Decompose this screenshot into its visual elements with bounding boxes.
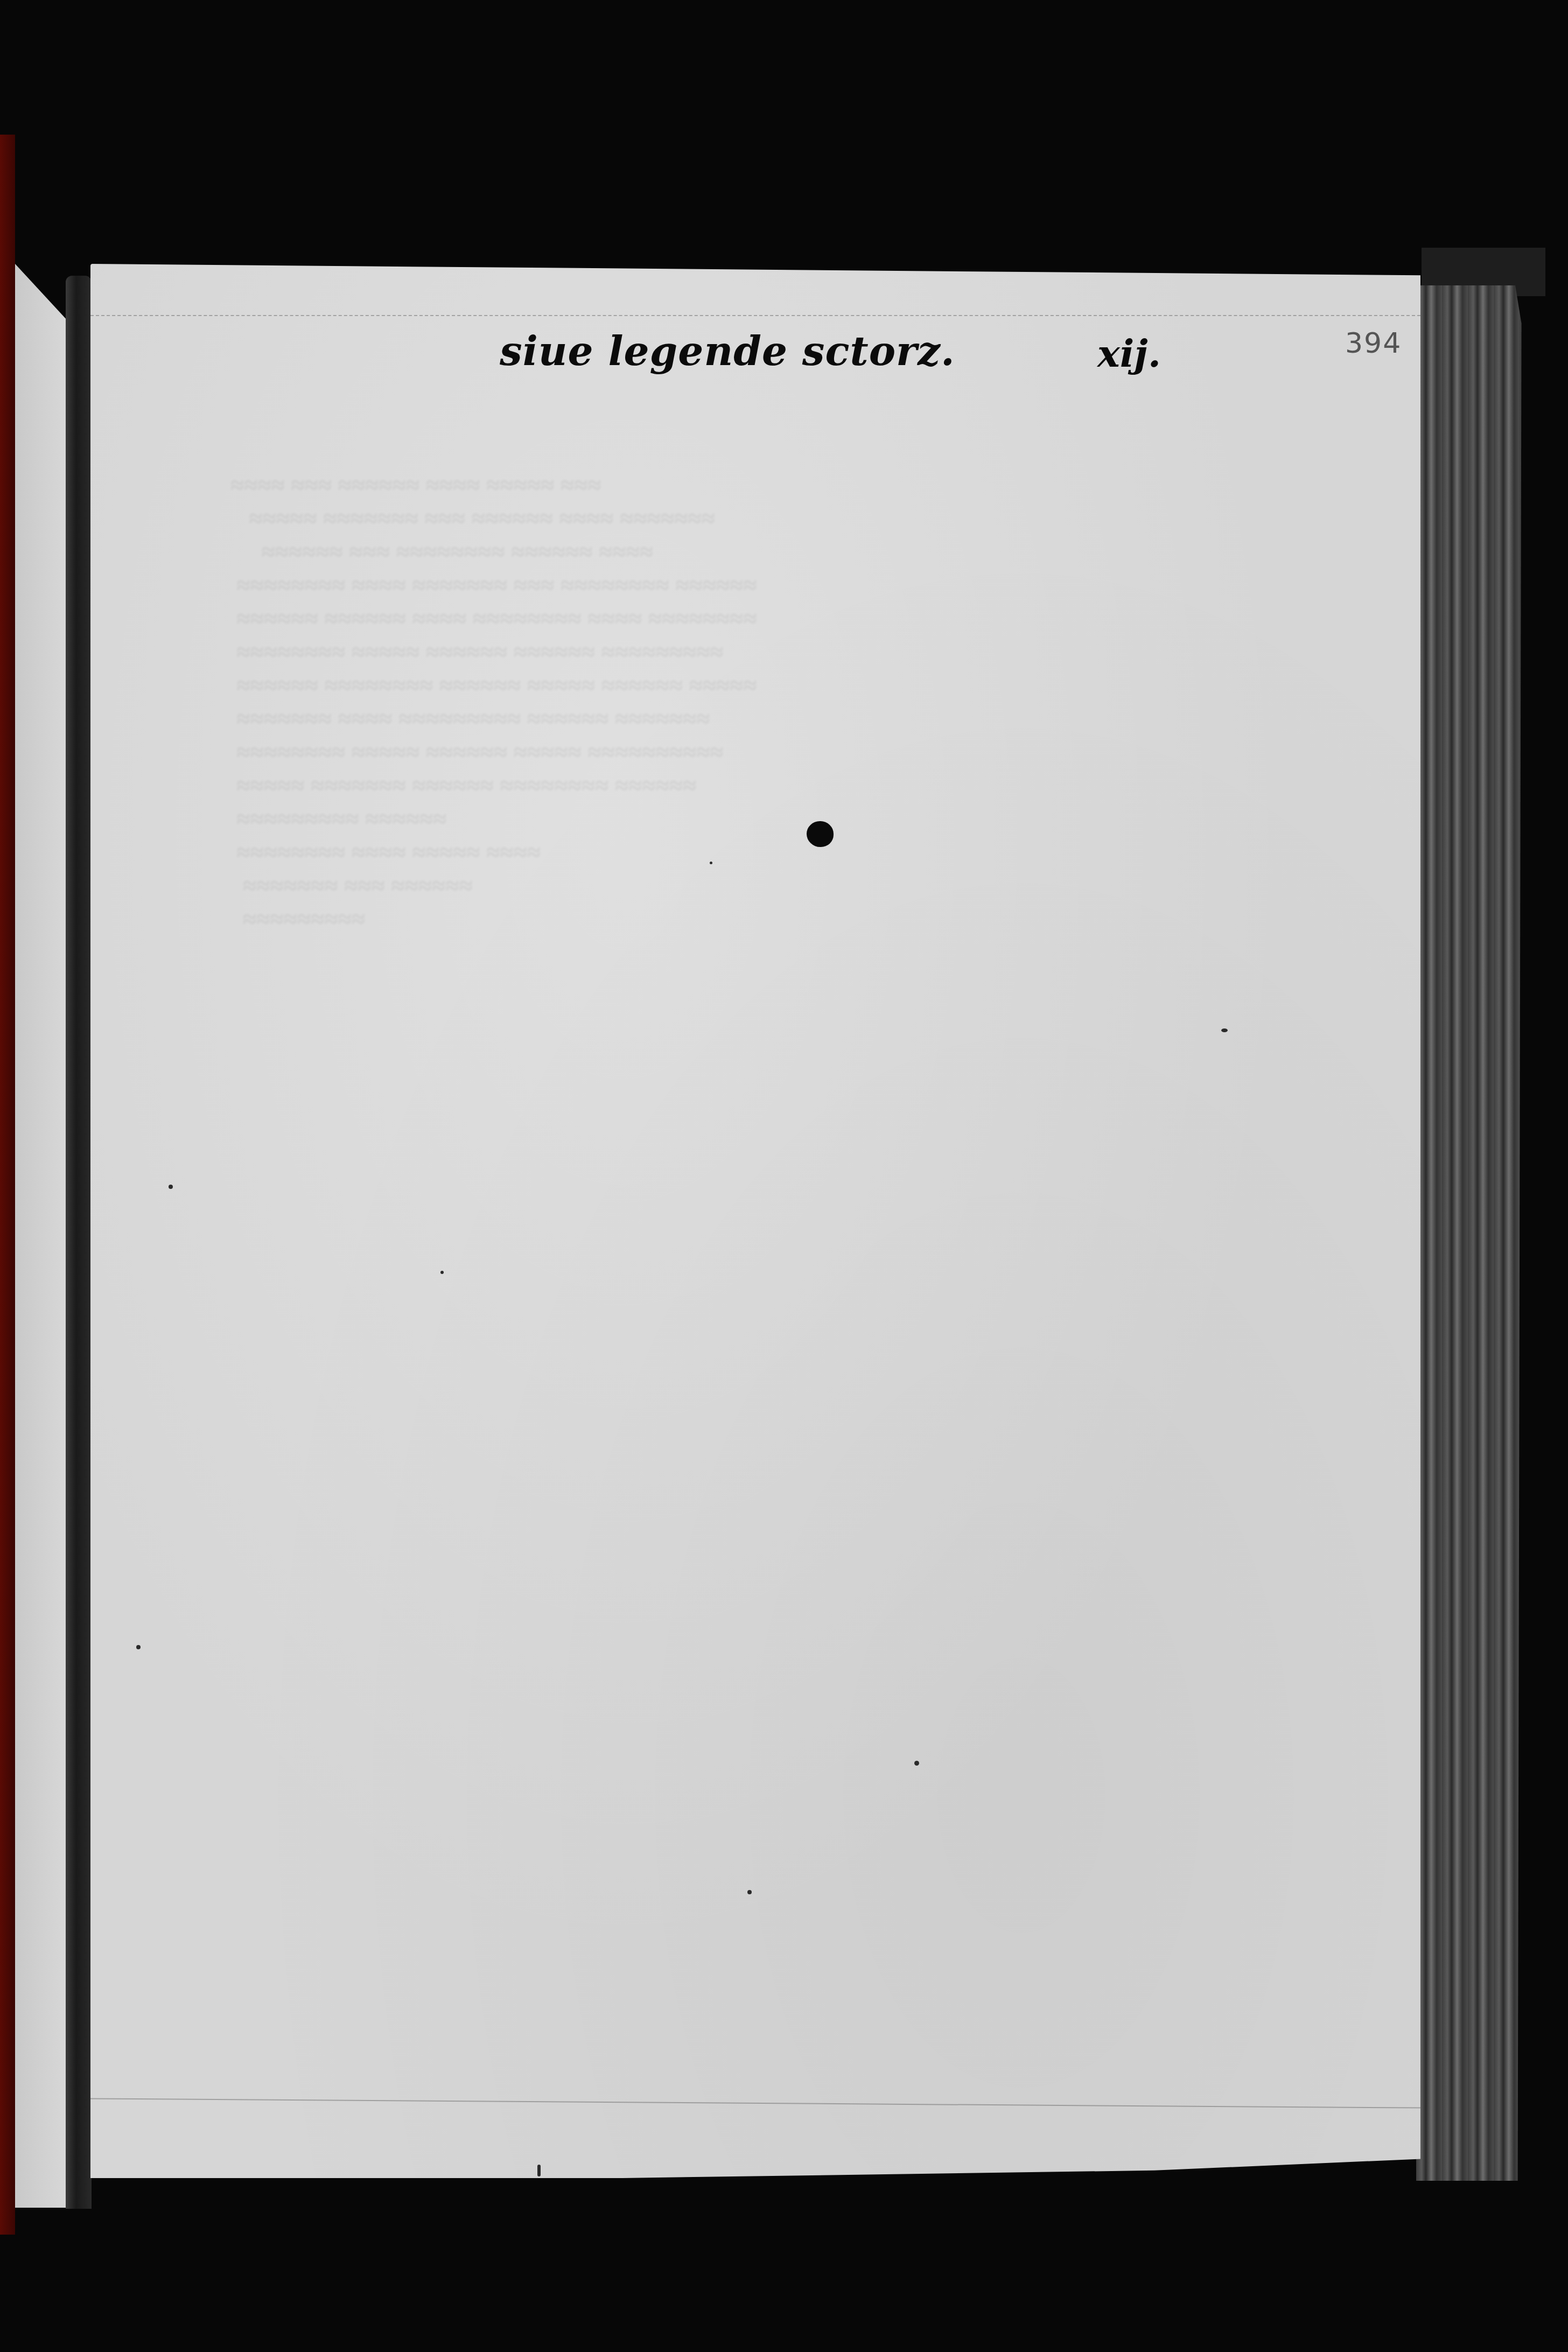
paper-speck bbox=[710, 862, 712, 864]
running-title: siue legende sctorz. bbox=[500, 328, 955, 375]
pencil-page-number: 394 bbox=[1345, 327, 1402, 360]
paper-speck bbox=[747, 1890, 752, 1894]
facing-page-edge bbox=[15, 264, 69, 2208]
top-ruled-line bbox=[90, 315, 1420, 317]
book-fore-edge bbox=[1416, 285, 1540, 2181]
show-through-text: ≈≈≈≈ ≈≈≈ ≈≈≈≈≈≈ ≈≈≈≈ ≈≈≈≈≈ ≈≈≈ ≈≈≈≈≈ ≈≈≈… bbox=[230, 468, 1254, 1168]
bottom-ruled-line bbox=[90, 2098, 1420, 2108]
ink-blot bbox=[807, 821, 834, 847]
paper-speck bbox=[169, 1185, 173, 1189]
paper-speck bbox=[537, 2165, 541, 2176]
red-binding-strip bbox=[0, 135, 15, 2235]
paper-speck bbox=[136, 1645, 141, 1649]
manuscript-page: ≈≈≈≈ ≈≈≈ ≈≈≈≈≈≈ ≈≈≈≈ ≈≈≈≈≈ ≈≈≈ ≈≈≈≈≈ ≈≈≈… bbox=[90, 264, 1420, 2178]
paper-speck bbox=[440, 1271, 444, 1274]
paper-speck bbox=[1221, 1028, 1228, 1032]
book-gutter bbox=[66, 276, 92, 2209]
paper-speck bbox=[914, 1761, 919, 1766]
folio-number: xij. bbox=[1097, 331, 1161, 376]
